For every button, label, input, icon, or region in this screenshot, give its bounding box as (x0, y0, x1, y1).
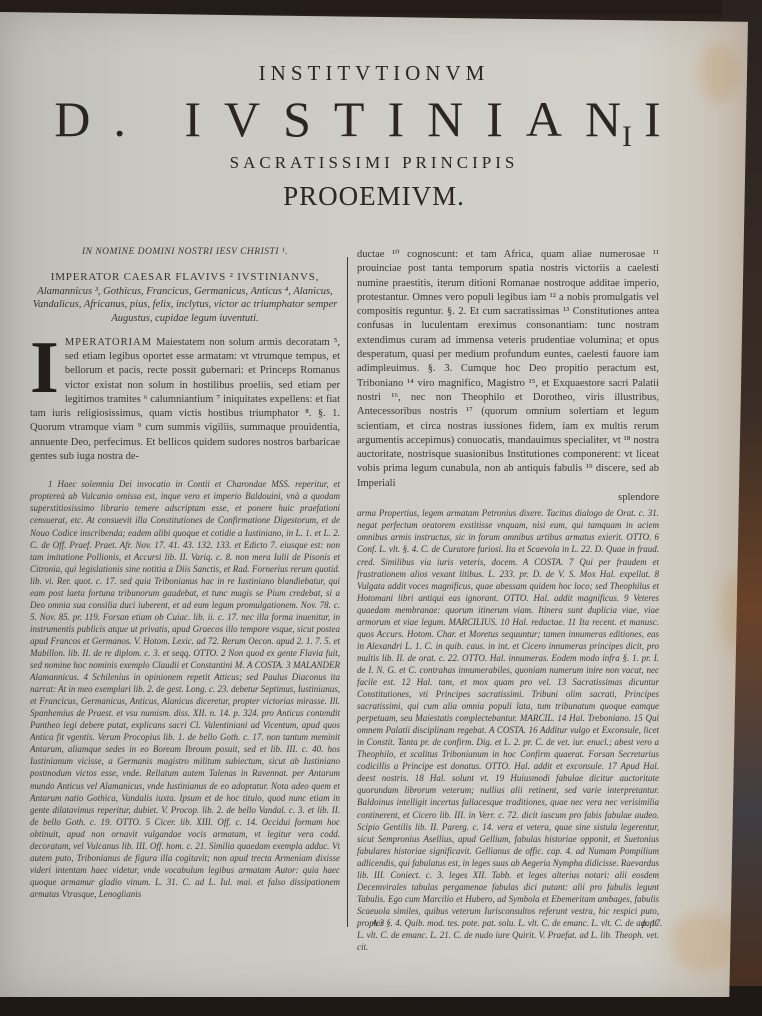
body-text: Maiestatem non solum armis decoratam ⁵, … (30, 337, 340, 462)
prooemium-body: IMPERATORIAM Maiestatem non solum armis … (30, 336, 340, 465)
column-divider (347, 257, 348, 927)
left-column: IN NOMINE DOMINI NOSTRI IESV CHRISTI ¹. … (30, 245, 340, 900)
title-line-iustiniani: D. IVSTINIANI (0, 90, 748, 148)
right-column: ductae ¹⁰ cognoscunt: et tam Africa, qua… (357, 248, 659, 953)
title-line-sacratissimi: SACRATISSIMI PRINCIPIS (0, 152, 748, 174)
catchword: p. 17. (642, 918, 662, 928)
title-line-institutionum: INSTITVTIONVM (0, 60, 748, 86)
invocation: IN NOMINE DOMINI NOSTRI IESV CHRISTI ¹. (30, 245, 340, 259)
footnotes-right: arma Propertius, legem armatam Petronius… (357, 507, 659, 953)
body-lead: MPERATORIAM (65, 337, 152, 348)
right-body-text: ductae ¹⁰ cognoscunt: et tam Africa, qua… (357, 248, 659, 491)
right-tail-word: splendore (357, 491, 659, 505)
imperial-titulature: IMPERATOR CAESAR FLAVIVS ² IVSTINIANVS, … (30, 271, 340, 325)
drop-cap: I (30, 338, 59, 400)
signature-mark: A 3 (372, 918, 384, 928)
section-title-prooemium: PROOEMIVM. (0, 180, 748, 212)
background-top (0, 0, 762, 14)
title-block: INSTITVTIONVM D. IVSTINIANI SACRATISSIMI… (0, 60, 748, 212)
footnotes-left: 1 Haec solemnia Dei invocatio in Contii … (30, 478, 340, 900)
titulature-caps: IMPERATOR CAESAR FLAVIVS ² IVSTINIANVS, (30, 271, 340, 285)
foxing-stain (670, 912, 740, 972)
book-page: I INSTITVTIONVM D. IVSTINIANI SACRATISSI… (0, 12, 748, 997)
titulature-rest: Alamannicus ³, Gothicus, Francicus, Germ… (30, 285, 340, 326)
